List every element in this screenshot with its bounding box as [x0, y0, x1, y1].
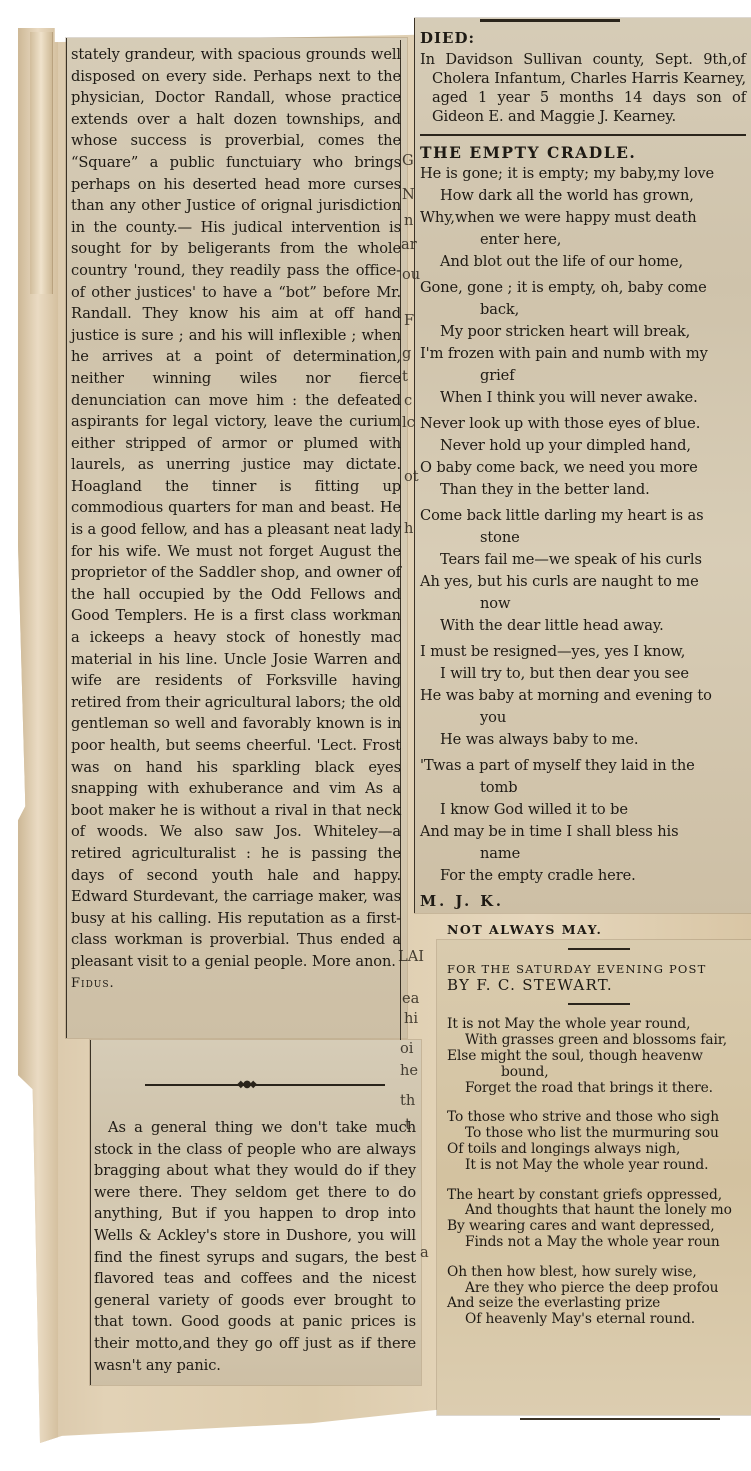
stray-fragment: th	[400, 1092, 415, 1109]
poem-line: grief	[420, 365, 746, 387]
stray-fragment: oi	[400, 1040, 413, 1057]
poem-stanza: Oh then how blest, how surely wise,Are t…	[447, 1265, 751, 1328]
poem-line: Of heavenly May's eternal round.	[447, 1312, 751, 1328]
stray-fragment: ea	[402, 990, 419, 1007]
poem-line: Never look up with those eyes of blue.	[420, 413, 746, 435]
poem-line: Of toils and longings always nigh,	[447, 1142, 751, 1158]
poem-stanza: 'Twas a part of myself they laid in thet…	[420, 755, 746, 887]
poem-line: For the empty cradle here.	[420, 865, 746, 887]
poem-stanza: Never look up with those eyes of blue.Ne…	[420, 413, 746, 501]
stray-fragment: c	[404, 392, 412, 409]
poem-line: Ah yes, but his curls are naught to me	[420, 571, 746, 593]
top-rule	[480, 19, 620, 22]
poem-byline: BY F. C. STEWART.	[447, 978, 751, 994]
short-rule	[568, 1003, 630, 1005]
store-article: As a general thing we don't take much st…	[94, 1117, 416, 1376]
poem-line: And blot out the life of our home,	[420, 251, 746, 273]
poem-line: I know God willed it to be	[420, 799, 746, 821]
poem-line: When I think you will never awake.	[420, 387, 746, 409]
poem-stanza: Gone, gone ; it is empty, oh, baby comeb…	[420, 277, 746, 409]
poem-not-always-may: It is not May the whole year round,With …	[447, 1017, 751, 1328]
stray-fragment: a	[420, 1244, 429, 1261]
article-body: stately grandeur, with spacious grounds …	[71, 44, 401, 973]
poem-not-always-may-section: NOT ALWAYS MAY. FOR THE SATURDAY EVENING…	[447, 922, 751, 1342]
poem-line: enter here,	[420, 229, 746, 251]
poem-stanza: I must be resigned—yes, yes I know,I wil…	[420, 641, 746, 751]
poem-empty-cradle: He is gone; it is empty; my baby,my love…	[420, 163, 746, 887]
poem-line: He was always baby to me.	[420, 729, 746, 751]
stray-fragment: N	[402, 186, 415, 203]
poem-line: I'm frozen with pain and numb with my	[420, 343, 746, 365]
stray-fragment: he	[400, 1062, 418, 1079]
poem-line: Finds not a May the whole year roun	[447, 1235, 751, 1251]
poem-line: I must be resigned—yes, yes I know,	[420, 641, 746, 663]
poem-line: Why,when we were happy must death	[420, 207, 746, 229]
poem-line: Never hold up your dimpled hand,	[420, 435, 746, 457]
folded-edge	[30, 32, 53, 294]
died-heading: DIED:	[420, 28, 746, 50]
poem-line: bound,	[447, 1065, 751, 1081]
poem-line: Gone, gone ; it is empty, oh, baby come	[420, 277, 746, 299]
poem-author: M. J. K.	[420, 891, 746, 913]
stray-fragment: t	[402, 368, 408, 385]
stray-fragment: ar	[401, 236, 417, 253]
poem-line: Else might the soul, though heavenw	[447, 1049, 751, 1065]
poem-line: With grasses green and blossoms fair,	[447, 1033, 751, 1049]
poem-line: And thoughts that haunt the lonely mo	[447, 1203, 751, 1219]
poem-line: you	[420, 707, 746, 729]
stray-fragment: ot	[404, 468, 419, 485]
right-column: DIED: In Davidson Sullivan county, Sept.…	[420, 28, 746, 913]
poem-line: With the dear little head away.	[420, 615, 746, 637]
poem-line: tomb	[420, 777, 746, 799]
store-article-body: As a general thing we don't take much st…	[94, 1117, 416, 1376]
stray-fragment: LAI	[398, 948, 424, 965]
poem-line: To those who list the murmuring sou	[447, 1126, 751, 1142]
poem-line: By wearing cares and want depressed,	[447, 1219, 751, 1235]
poem-line: To those who strive and those who sigh	[447, 1110, 751, 1126]
poem-line: It is not May the whole year round.	[447, 1158, 751, 1174]
poem-line: I will try to, but then dear you see	[420, 663, 746, 685]
poem-line: 'Twas a part of myself they laid in the	[420, 755, 746, 777]
short-rule	[568, 948, 630, 950]
poem-line: The heart by constant griefs oppressed,	[447, 1188, 751, 1204]
poem-line: Oh then how blest, how surely wise,	[447, 1265, 751, 1281]
poem-stanza: To those who strive and those who sighTo…	[447, 1110, 751, 1173]
poem-line: It is not May the whole year round,	[447, 1017, 751, 1033]
poem-line: He is gone; it is empty; my baby,my love	[420, 163, 746, 185]
poem-line: back,	[420, 299, 746, 321]
column-rule	[414, 18, 415, 913]
poem-line: Tears fail me—we speak of his curls	[420, 549, 746, 571]
stray-fragment: g	[402, 345, 411, 362]
poem-line: How dark all the world has grown,	[420, 185, 746, 207]
end-ornament-rule	[520, 1418, 720, 1420]
stray-fragment: G	[402, 152, 414, 169]
poem-line: Than they in the better land.	[420, 479, 746, 501]
poem-line: Forget the road that brings it there.	[447, 1081, 751, 1097]
stray-fragment: h	[404, 520, 413, 537]
poem-line: name	[420, 843, 746, 865]
poem-title-not-always-may: NOT ALWAYS MAY.	[447, 922, 751, 938]
poem-line: And may be in time I shall bless his	[420, 821, 746, 843]
stray-fragment: F	[404, 312, 414, 329]
stray-fragment: n	[404, 212, 413, 229]
stray-fragment: lc	[402, 414, 415, 431]
ornamental-divider: ◆●◆	[145, 1082, 385, 1088]
section-rule	[420, 134, 746, 136]
poem-line: now	[420, 593, 746, 615]
poem-stanza: He is gone; it is empty; my baby,my love…	[420, 163, 746, 273]
poem-line: My poor stricken heart will break,	[420, 321, 746, 343]
poem-line: stone	[420, 527, 746, 549]
poem-stanza: The heart by constant griefs oppressed,A…	[447, 1188, 751, 1251]
death-notice: In Davidson Sullivan county, Sept. 9th,o…	[420, 50, 746, 126]
article-signature: Fidus.	[71, 973, 401, 995]
poem-line: Are they who pierce the deep profou	[447, 1281, 751, 1297]
poem-line: And seize the everlasting prize	[447, 1296, 751, 1312]
poem-line: O baby come back, we need you more	[420, 457, 746, 479]
stray-fragment: hi	[404, 1010, 418, 1027]
poem-title-empty-cradle: THE EMPTY CRADLE.	[420, 142, 746, 164]
stray-fragment: ou	[402, 266, 420, 283]
poem-stanza: It is not May the whole year round,With …	[447, 1017, 751, 1096]
left-article: stately grandeur, with spacious grounds …	[71, 44, 401, 994]
poem-line: Come back little darling my heart is as	[420, 505, 746, 527]
poem-line: He was baby at morning and evening to	[420, 685, 746, 707]
poem-stanza: Come back little darling my heart is ass…	[420, 505, 746, 637]
